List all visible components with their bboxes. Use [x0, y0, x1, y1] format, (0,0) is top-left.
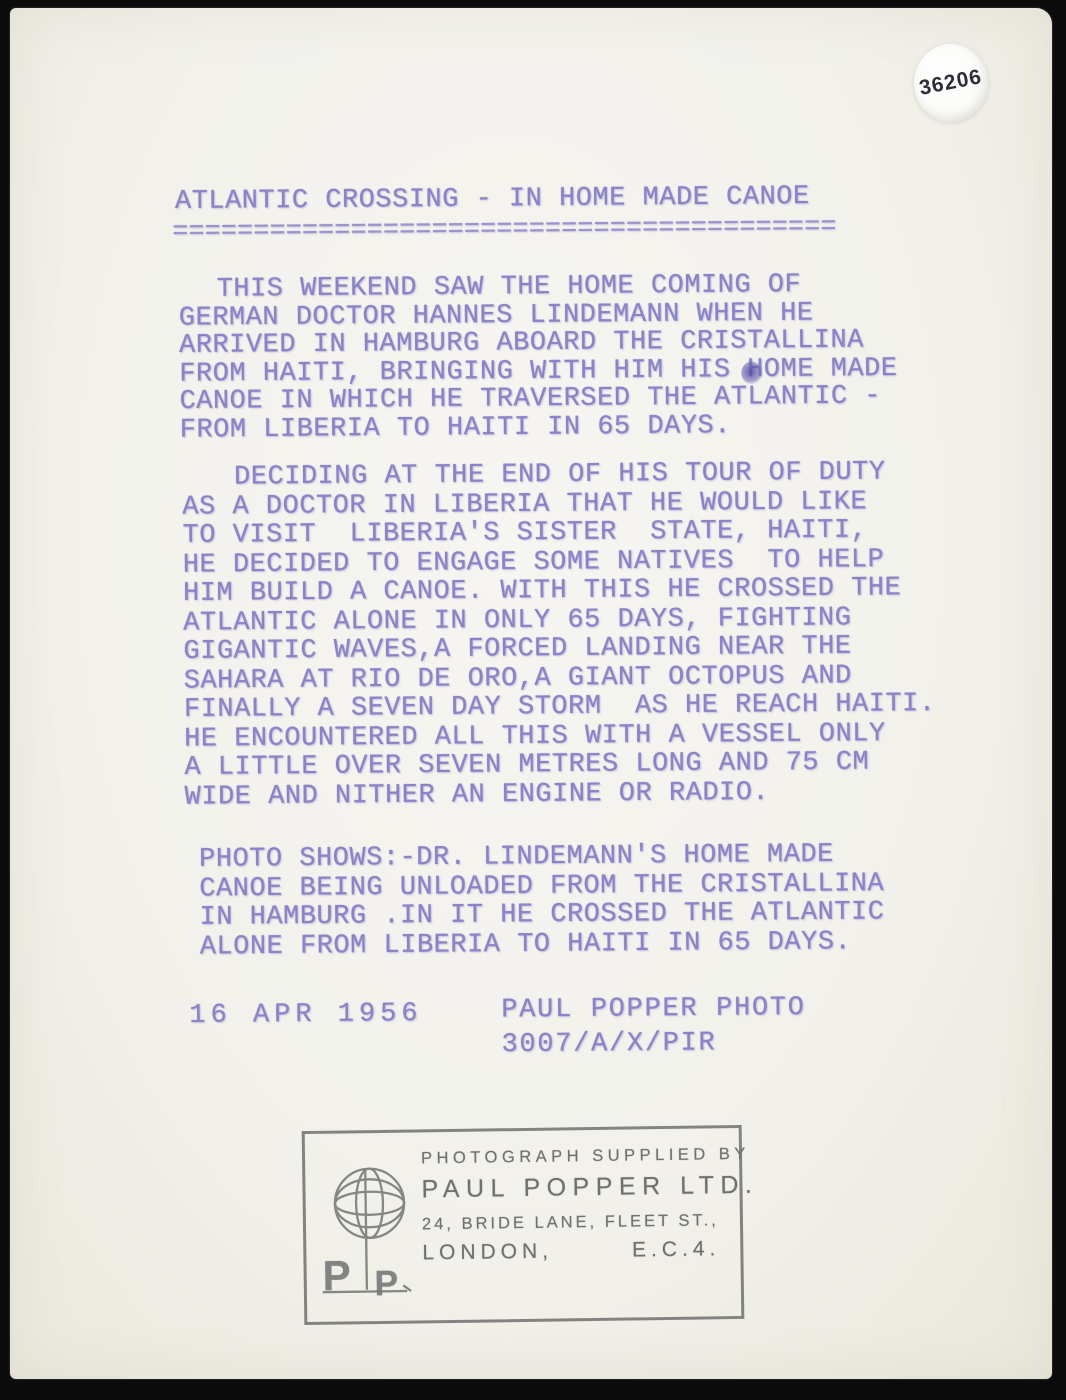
stamp-company-name: PAUL POPPER LTD.: [421, 1171, 758, 1205]
caption-title: ATLANTIC CROSSING - IN HOME MADE CANOE: [175, 183, 810, 216]
caption-line: ALONE FROM LIBERIA TO HAITI IN 65 DAYS.: [200, 928, 885, 962]
caption-paragraph-photo-shows: PHOTO SHOWS:-DR. LINDEMANN'S HOME MADE C…: [199, 840, 885, 961]
caption-line: HE ENCOUNTERED ALL THIS WITH A VESSEL ON…: [184, 720, 936, 755]
caption-line: FROM LIBERIA TO HAITI IN 65 DAYS.: [180, 411, 898, 445]
caption-line: FROM HAITI, BRINGING WITH HIM HIS HOME M…: [179, 355, 897, 389]
svg-text:P: P: [374, 1263, 398, 1302]
title-underline: ========================================…: [172, 213, 837, 246]
globe-ppp-monogram-icon: P P: [305, 1132, 423, 1307]
caption-line: SAHARA AT RIO DE ORO,A GIANT OCTOPUS AND: [184, 662, 936, 697]
stamp-supplied-by: PHOTOGRAPH SUPPLIED BY: [421, 1145, 758, 1169]
caption-line: CANOE BEING UNLOADED FROM THE CRISTALLIN…: [199, 870, 884, 904]
caption-paragraph-1: THIS WEEKEND SAW THE HOME COMING OF GERM…: [179, 270, 899, 444]
stamp-postcode: E.C.4.: [632, 1237, 721, 1262]
agency-credit-name: PAUL POPPER PHOTO: [501, 991, 806, 1027]
caption-paragraph-2: DECIDING AT THE END OF HIS TOUR OF DUTY …: [182, 458, 936, 812]
ink-smudge: [741, 361, 762, 384]
caption-line: AS A DOCTOR IN LIBERIA THAT HE WOULD LIK…: [182, 488, 934, 523]
caption-line: HE DECIDED TO ENGAGE SOME NATIVES TO HEL…: [183, 546, 935, 581]
caption-line: WIDE AND NITHER AN ENGINE OR RADIO.: [185, 778, 937, 813]
stamp-address: 24, BRIDE LANE, FLEET ST.,: [422, 1211, 759, 1235]
agency-credit: PAUL POPPER PHOTO 3007/A/X/PIR: [501, 991, 806, 1061]
svg-text:P: P: [322, 1252, 351, 1299]
supplier-stamp: P P PHOTOGRAPH SUPPLIED BY PAUL POPPER L…: [302, 1125, 745, 1325]
caption-line: ATLANTIC ALONE IN ONLY 65 DAYS, FIGHTING: [183, 604, 935, 639]
supplier-stamp-text: PHOTOGRAPH SUPPLIED BY PAUL POPPER LTD. …: [421, 1128, 760, 1266]
photo-reference-number: 3007/A/X/PIR: [501, 1026, 806, 1062]
caption-line: GERMAN DOCTOR HANNES LINDEMANN WHEN HE: [179, 299, 897, 333]
stamp-city-postcode: LONDON, E.C.4.: [422, 1237, 720, 1265]
photo-back-paper: 36206 ATLANTIC CROSSING - IN HOME MADE C…: [10, 8, 1052, 1379]
date-stamp: 16 APR 1956: [189, 1000, 422, 1030]
stamp-city: LONDON,: [422, 1240, 553, 1266]
